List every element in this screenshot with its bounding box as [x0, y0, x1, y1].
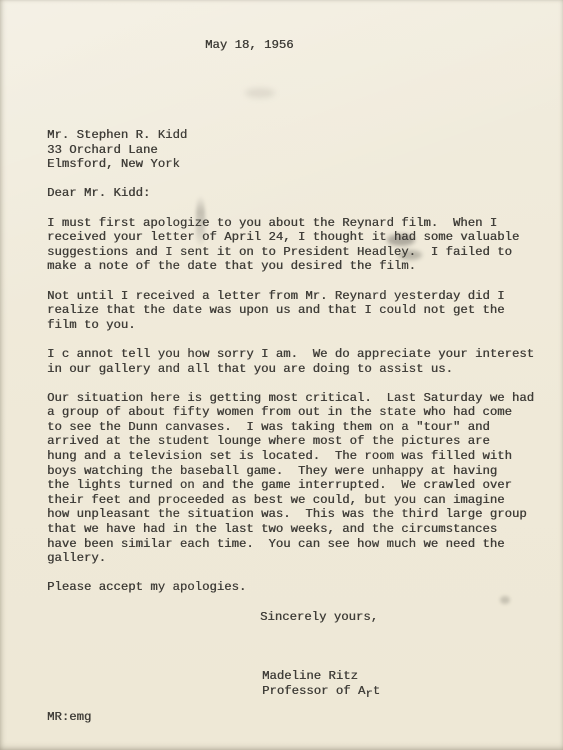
signature-title: Professor of Art: [262, 684, 547, 699]
recipient-street: 33 Orchard Lane: [47, 143, 547, 158]
paragraph-apology: I must first apologize to you about the …: [47, 216, 547, 274]
paragraph-apologies: Please accept my apologies.: [47, 580, 547, 595]
complimentary-closing: Sincerely yours,: [260, 610, 547, 625]
paragraph-situation: Our situation here is getting most criti…: [47, 391, 547, 566]
signature-block: Madeline Ritz Professor of Art: [262, 669, 547, 698]
recipient-city: Elmsford, New York: [47, 157, 547, 172]
signature-title-prefix: Professor of A: [262, 684, 365, 698]
letter-date: May 18, 1956: [205, 38, 294, 53]
signature-title-suffix: t: [373, 684, 380, 698]
scan-mark-faint: [245, 88, 275, 98]
letter-body: Mr. Stephen R. Kidd 33 Orchard Lane Elms…: [47, 128, 547, 725]
paragraph-regret: I c annot tell you how sorry I am. We do…: [47, 347, 547, 376]
recipient-name: Mr. Stephen R. Kidd: [47, 128, 547, 143]
paragraph-realization: Not until I received a letter from Mr. R…: [47, 289, 547, 333]
recipient-address: Mr. Stephen R. Kidd 33 Orchard Lane Elms…: [47, 128, 547, 172]
signature-name: Madeline Ritz: [262, 669, 547, 684]
salutation: Dear Mr. Kidd:: [47, 186, 547, 201]
letter-page: May 18, 1956 Mr. Stephen R. Kidd 33 Orch…: [0, 0, 563, 750]
reference-initials: MR:emg: [47, 710, 547, 725]
signature-title-dropped-letter: r: [365, 687, 372, 702]
